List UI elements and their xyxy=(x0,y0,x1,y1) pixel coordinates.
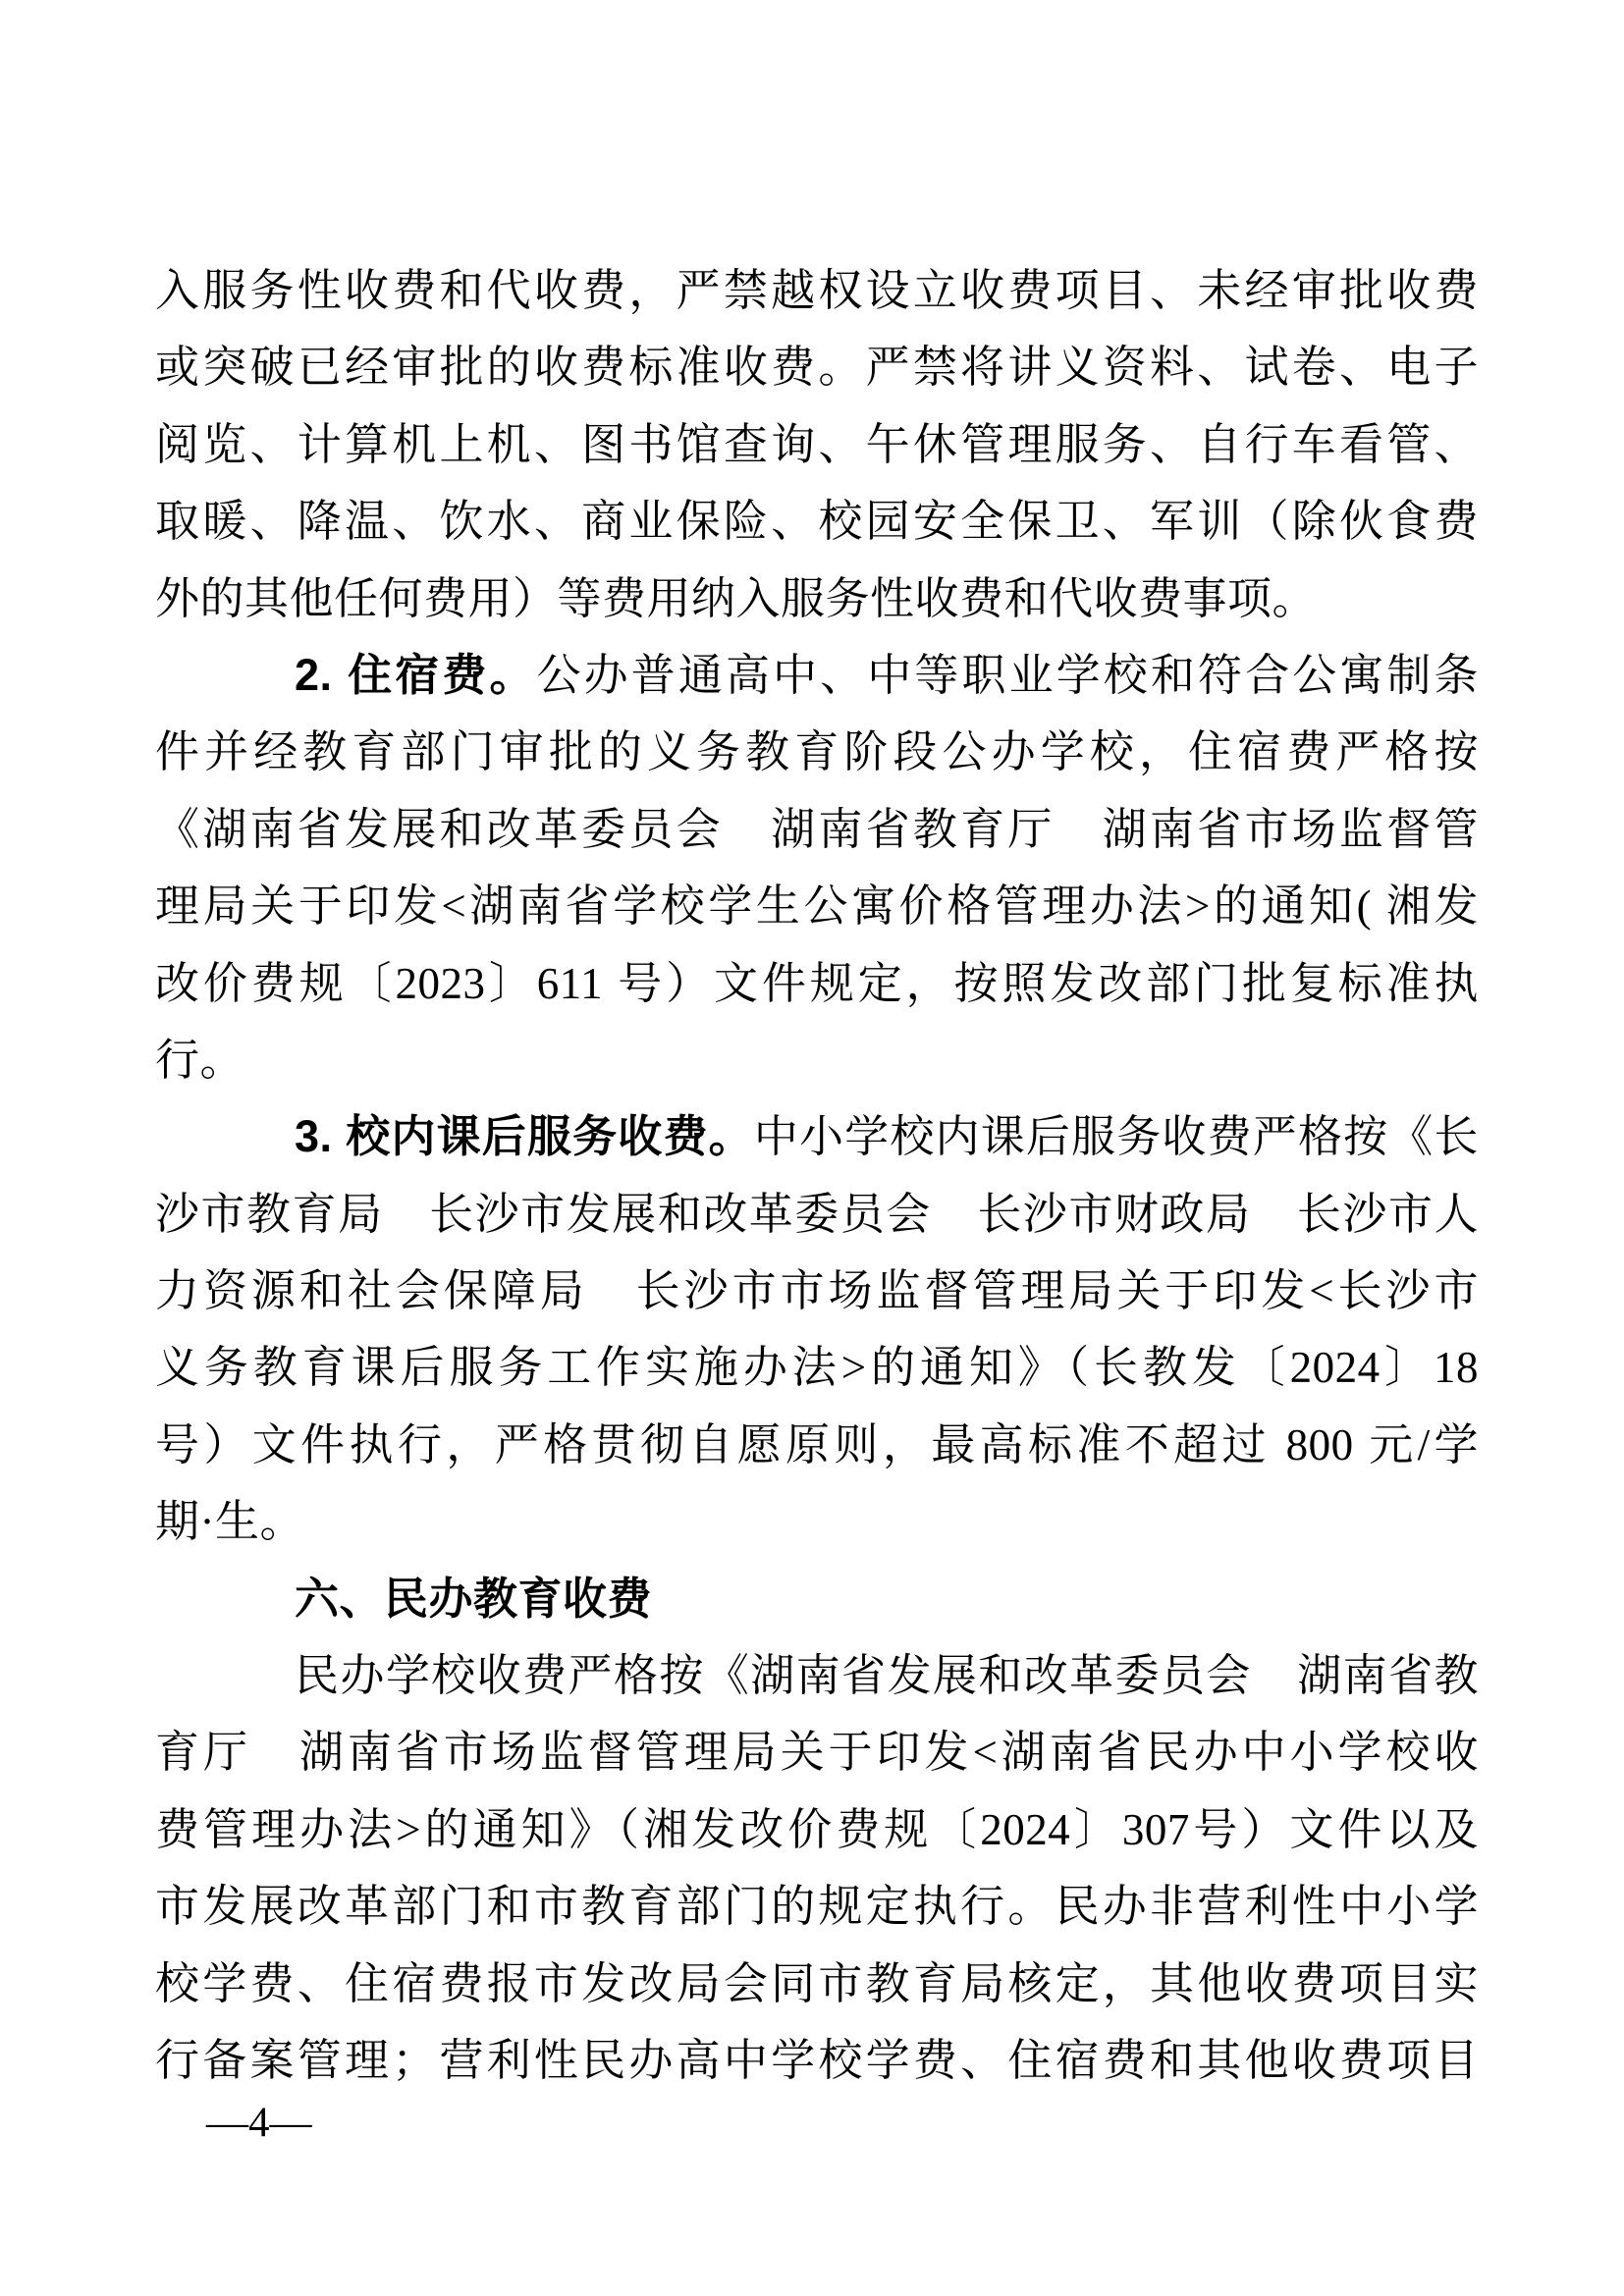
text-run: 市发展改革部门和市教育部门的规定执行。民办非营利性中小学 xyxy=(155,1882,1479,1931)
text-line: 入服务性收费和代收费，严禁越权设立收费项目、未经审批收费 xyxy=(155,252,1479,329)
text-run: 入服务性收费和代收费，严禁越权设立收费项目、未经审批收费 xyxy=(155,266,1479,315)
text-line: 理局关于印发<湖南省学校学生公寓价格管理办法>的通知( 湘发 xyxy=(155,868,1479,944)
text-line: 六、民办教育收费 xyxy=(155,1561,1479,1637)
text-line: 2. 住宿费。公办普通高中、中等职业学校和符合公寓制条 xyxy=(155,637,1479,714)
text-line: 或突破已经审批的收费标准收费。严禁将讲义资料、试卷、电子 xyxy=(155,329,1479,405)
text-run: 中小学校内课后服务收费严格按《长 xyxy=(754,1112,1479,1161)
text-line: 改价费规〔2023〕611 号）文件规定，按照发改部门批复标准执 xyxy=(155,945,1479,1022)
text-line: 沙市教育局 长沙市发展和改革委员会 长沙市财政局 长沙市人 xyxy=(155,1176,1479,1253)
text-line: 号）文件执行，严格贯彻自愿原则，最高标准不超过 800 元/学 xyxy=(155,1407,1479,1483)
text-run: 期·生。 xyxy=(155,1497,304,1546)
text-run: 号）文件执行，严格贯彻自愿原则，最高标准不超过 800 元/学 xyxy=(155,1420,1479,1469)
text-line: 件并经教育部门审批的义务教育阶段公办学校，住宿费严格按 xyxy=(155,714,1479,790)
text-run: 改价费规〔2023〕611 号）文件规定，按照发改部门批复标准执 xyxy=(155,959,1479,1008)
text-line: 行备案管理；营利性民办高中学校学费、住宿费和其他收费项目 xyxy=(155,2022,1479,2099)
text-line: 市发展改革部门和市教育部门的规定执行。民办非营利性中小学 xyxy=(155,1868,1479,1945)
bold-text-run: 3. 校内课后服务收费。 xyxy=(295,1111,754,1161)
text-line: 育厅 湖南省市场监督管理局关于印发<湖南省民办中小学校收 xyxy=(155,1714,1479,1790)
page-footer: —4— xyxy=(206,2099,312,2148)
text-line: 义务教育课后服务工作实施办法>的通知》（长教发〔2024〕18 xyxy=(155,1329,1479,1406)
text-run: 育厅 湖南省市场监督管理局关于印发<湖南省民办中小学校收 xyxy=(155,1728,1479,1777)
text-line: 行。 xyxy=(155,1022,1479,1098)
text-line: 3. 校内课后服务收费。中小学校内课后服务收费严格按《长 xyxy=(155,1098,1479,1175)
text-line: 民办学校收费严格按《湖南省发展和改革委员会 湖南省教 xyxy=(155,1637,1479,1714)
text-run: 民办学校收费严格按《湖南省发展和改革委员会 湖南省教 xyxy=(295,1651,1479,1700)
text-run: 理局关于印发<湖南省学校学生公寓价格管理办法>的通知( 湘发 xyxy=(155,881,1479,931)
text-line: 期·生。 xyxy=(155,1483,1479,1560)
text-run: 或突破已经审批的收费标准收费。严禁将讲义资料、试卷、电子 xyxy=(155,343,1479,392)
text-line: 校学费、住宿费报市发改局会同市教育局核定，其他收费项目实 xyxy=(155,1946,1479,2022)
text-line: 力资源和社会保障局 长沙市市场监督管理局关于印发<长沙市 xyxy=(155,1253,1479,1329)
text-line: 费管理办法>的通知》（湘发改价费规〔2024〕307号）文件以及 xyxy=(155,1791,1479,1868)
text-run: 行备案管理；营利性民办高中学校学费、住宿费和其他收费项目 xyxy=(155,2036,1479,2085)
text-run: 件并经教育部门审批的义务教育阶段公办学校，住宿费严格按 xyxy=(155,727,1479,776)
text-line: 取暖、降温、饮水、商业保险、校园安全保卫、军训（除伙食费 xyxy=(155,483,1479,560)
text-run: 外的其他任何费用）等费用纳入服务性收费和代收费事项。 xyxy=(155,574,1317,623)
text-run: 行。 xyxy=(155,1036,244,1085)
bold-text-run: 2. 住宿费。 xyxy=(295,650,537,700)
text-run: 取暖、降温、饮水、商业保险、校园安全保卫、军训（除伙食费 xyxy=(155,497,1479,546)
text-run: 公办普通高中、中等职业学校和符合公寓制条 xyxy=(537,651,1479,700)
text-run: 沙市教育局 长沙市发展和改革委员会 长沙市财政局 长沙市人 xyxy=(155,1190,1479,1239)
text-line: 阅览、计算机上机、图书馆查询、午休管理服务、自行车看管、 xyxy=(155,406,1479,483)
bold-text-run: 六、民办教育收费 xyxy=(295,1574,652,1624)
document-page: 入服务性收费和代收费，严禁越权设立收费项目、未经审批收费或突破已经审批的收费标准… xyxy=(0,0,1624,2296)
text-run: 校学费、住宿费报市发改局会同市教育局核定，其他收费项目实 xyxy=(155,1959,1479,2008)
text-run: 费管理办法>的通知》（湘发改价费规〔2024〕307号）文件以及 xyxy=(155,1805,1479,1854)
text-run: 阅览、计算机上机、图书馆查询、午休管理服务、自行车看管、 xyxy=(155,420,1479,469)
text-run: 力资源和社会保障局 长沙市市场监督管理局关于印发<长沙市 xyxy=(155,1266,1479,1315)
text-line: 外的其他任何费用）等费用纳入服务性收费和代收费事项。 xyxy=(155,561,1479,637)
text-block: 入服务性收费和代收费，严禁越权设立收费项目、未经审批收费或突破已经审批的收费标准… xyxy=(155,252,1479,2099)
text-line: 《湖南省发展和改革委员会 湖南省教育厅 湖南省市场监督管 xyxy=(155,791,1479,868)
text-run: 《湖南省发展和改革委员会 湖南省教育厅 湖南省市场监督管 xyxy=(155,805,1479,854)
text-run: 义务教育课后服务工作实施办法>的通知》（长教发〔2024〕18 xyxy=(155,1343,1479,1392)
